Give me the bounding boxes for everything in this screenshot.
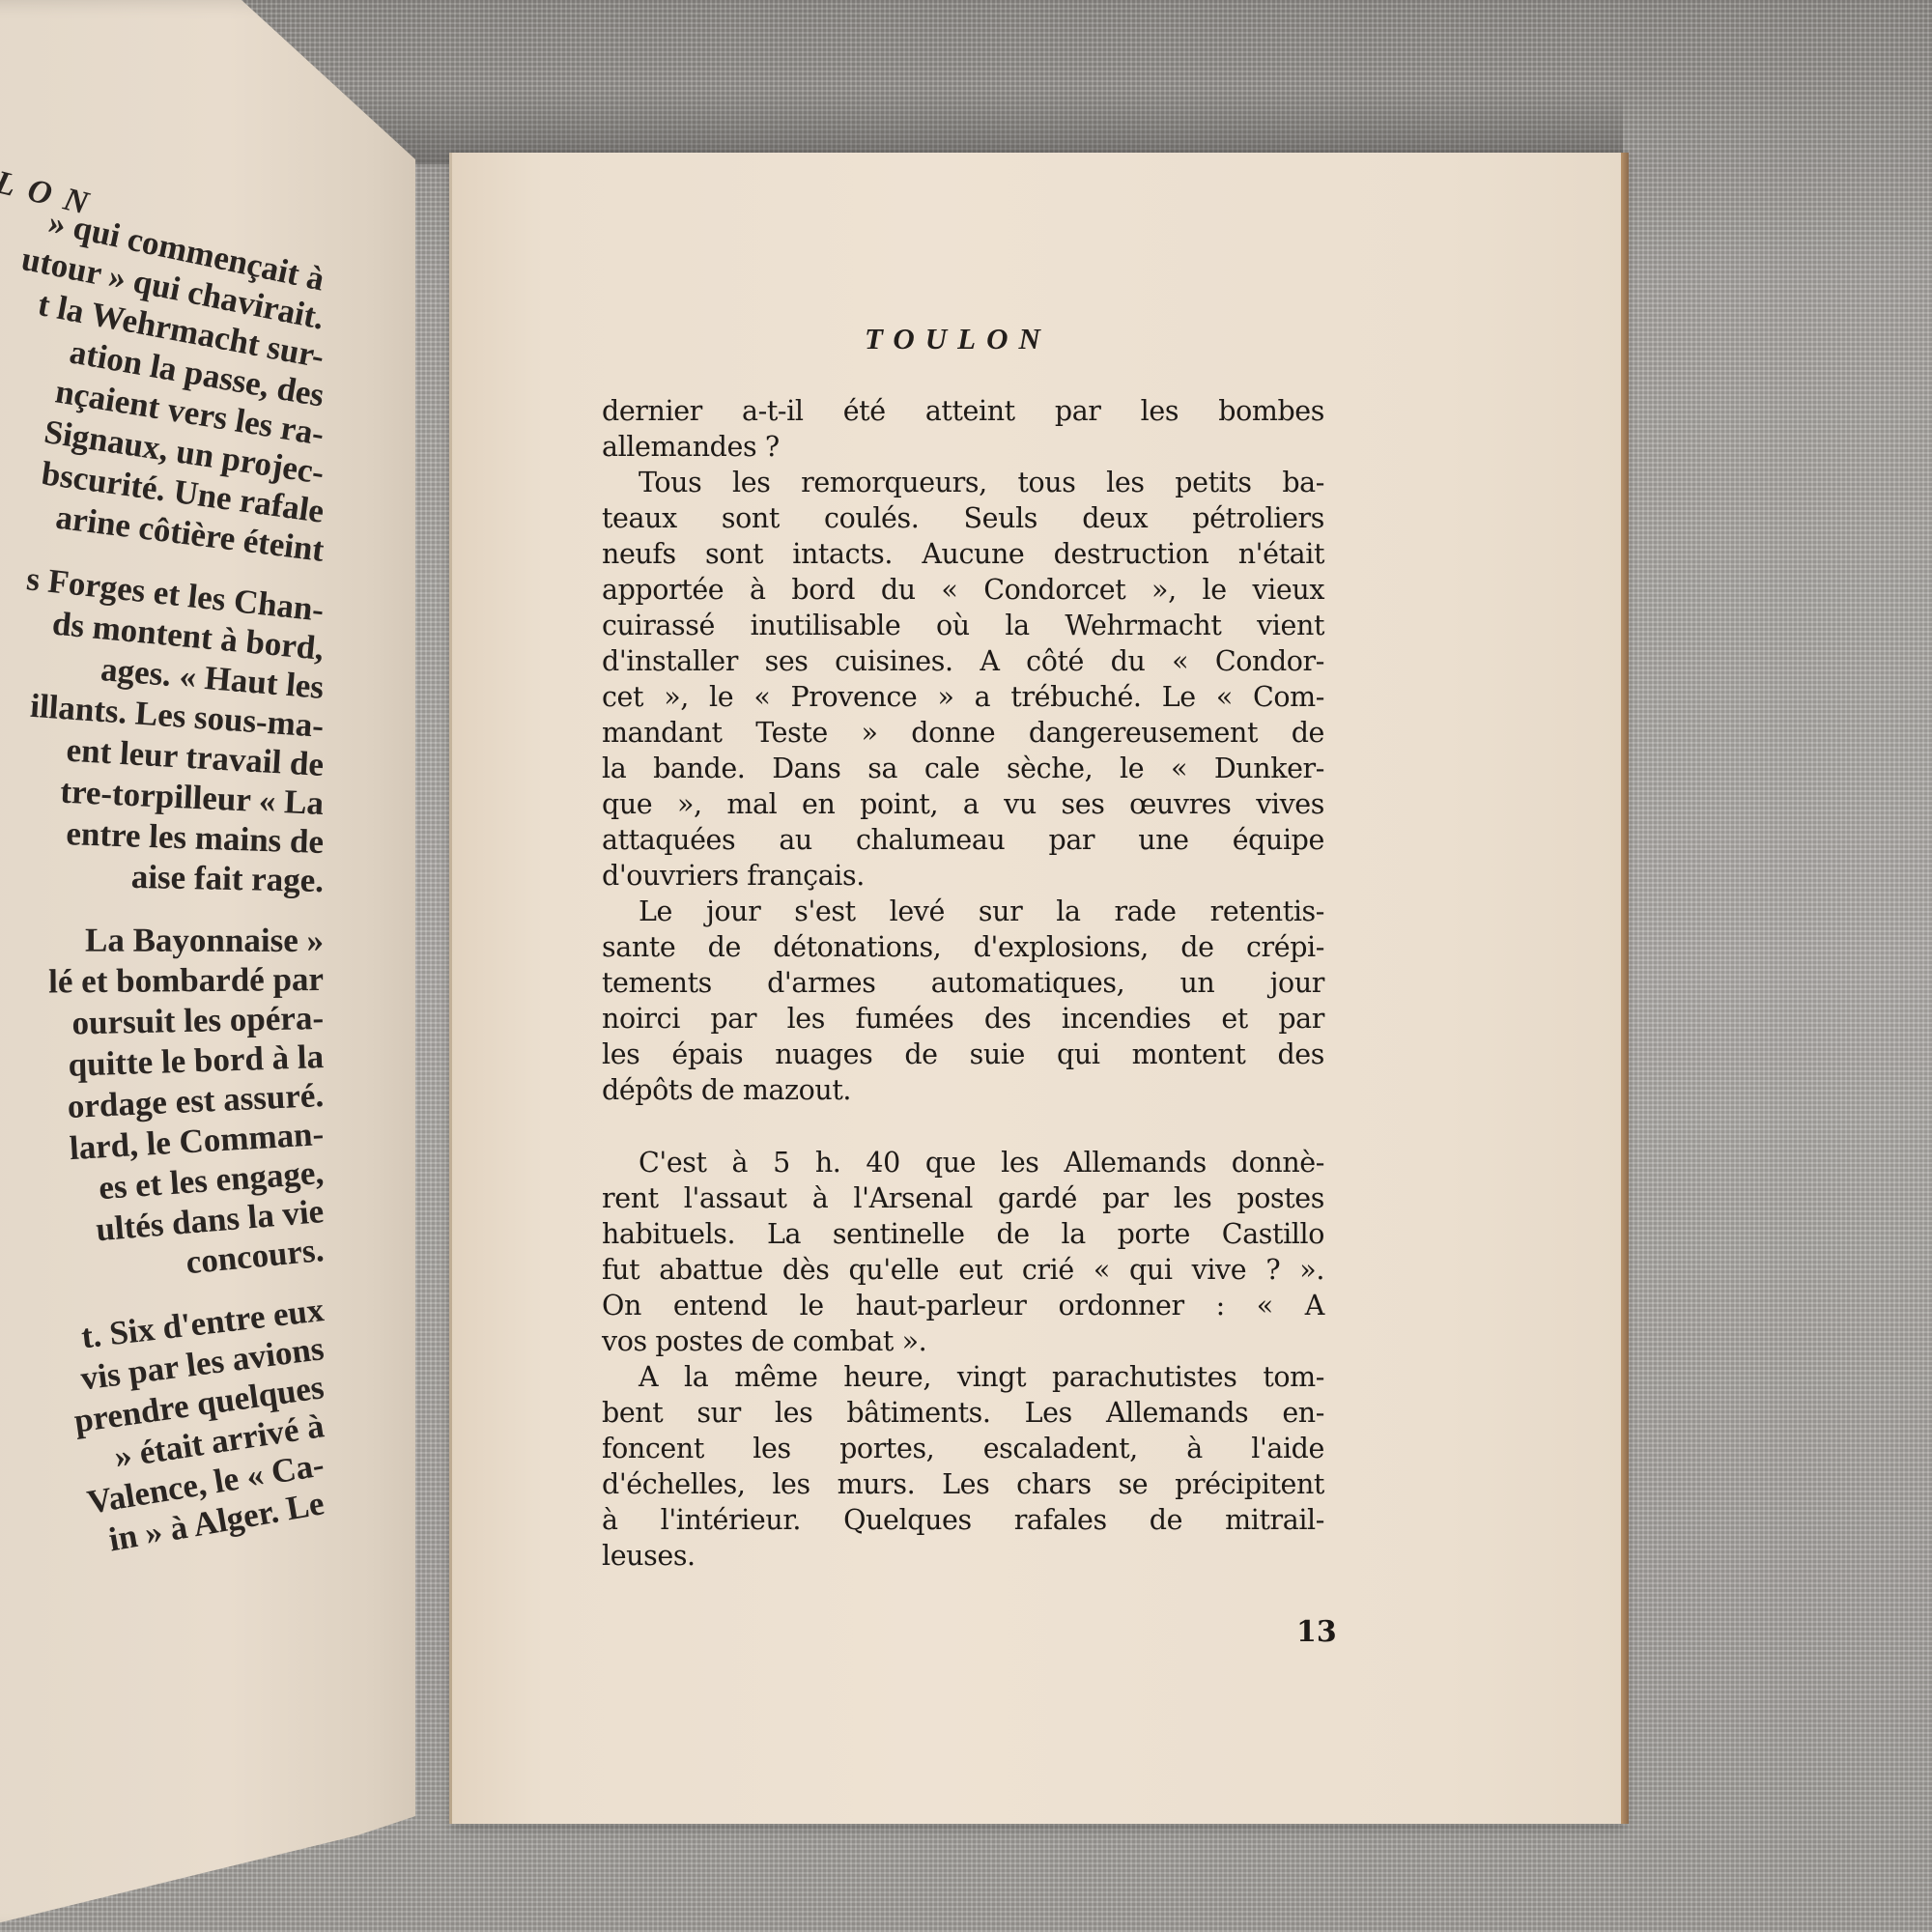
text-line: vos postes de combat ».: [602, 1323, 1324, 1359]
page-number: 13: [1296, 1615, 1337, 1649]
text-line: tements d'armes automatiques, un jour: [602, 965, 1324, 1001]
text-line: sante de détonations, d'explosions, de c…: [602, 929, 1324, 965]
text-line: cuirassé inutilisable où la Wehrmacht vi…: [602, 608, 1324, 643]
text-line: que », mal en point, a vu ses œuvres viv…: [602, 786, 1324, 822]
text-line: attaquées au chalumeau par une équipe: [602, 822, 1324, 858]
text-line: d'échelles, les murs. Les chars se préci…: [602, 1466, 1324, 1502]
text-line: d'installer ses cuisines. A côté du « Co…: [602, 643, 1324, 679]
text-line: neufs sont intacts. Aucune destruction n…: [602, 536, 1324, 572]
text-line: bent sur les bâtiments. Les Allemands en…: [602, 1395, 1324, 1431]
left-text-line: La Bayonnaise »: [0, 921, 324, 960]
text-line: dépôts de mazout.: [602, 1072, 1324, 1108]
text-line: à l'intérieur. Quelques rafales de mitra…: [602, 1502, 1324, 1538]
text-line: allemandes ?: [602, 429, 1324, 465]
text-line: Le jour s'est levé sur la rade retentis-: [602, 894, 1324, 929]
book-spine: [449, 153, 452, 1824]
left-text-line: lé et bombardé par: [0, 960, 324, 1002]
left-text-line: aise fait rage.: [0, 854, 324, 900]
text-line: leuses.: [602, 1538, 1324, 1574]
text-line: noirci par les fumées des incendies et p…: [602, 1001, 1324, 1037]
text-line: On entend le haut-parleur ordonner : « A: [602, 1288, 1324, 1323]
text-line: apportée à bord du « Condorcet », le vie…: [602, 572, 1324, 608]
text-line: foncent les portes, escaladent, à l'aide: [602, 1431, 1324, 1466]
text-line: cet », le « Provence » a trébuché. Le « …: [602, 679, 1324, 715]
text-line: fut abattue dès qu'elle eut crié « qui v…: [602, 1252, 1324, 1288]
text-line: la bande. Dans sa cale sèche, le « Dunke…: [602, 751, 1324, 786]
paragraph-gap: [602, 1108, 1324, 1145]
text-line: C'est à 5 h. 40 que les Allemands donnè-: [602, 1145, 1324, 1180]
text-line: teaux sont coulés. Seuls deux pétroliers: [602, 500, 1324, 536]
text-line: rent l'assaut à l'Arsenal gardé par les …: [602, 1180, 1324, 1216]
text-line: Tous les remorqueurs, tous les petits ba…: [602, 465, 1324, 500]
text-line: mandant Teste » donne dangereusement de: [602, 715, 1324, 751]
text-line: habituels. La sentinelle de la porte Cas…: [602, 1216, 1324, 1252]
text-line: d'ouvriers français.: [602, 858, 1324, 894]
text-line: dernier a-t-il été atteint par les bombe…: [602, 393, 1324, 429]
page-body-text: dernier a-t-il été atteint par les bombe…: [602, 393, 1324, 1574]
running-head: TOULON: [865, 322, 1051, 356]
text-line: A la même heure, vingt parachutistes tom…: [602, 1359, 1324, 1395]
text-line: les épais nuages de suie qui montent des: [602, 1037, 1324, 1072]
